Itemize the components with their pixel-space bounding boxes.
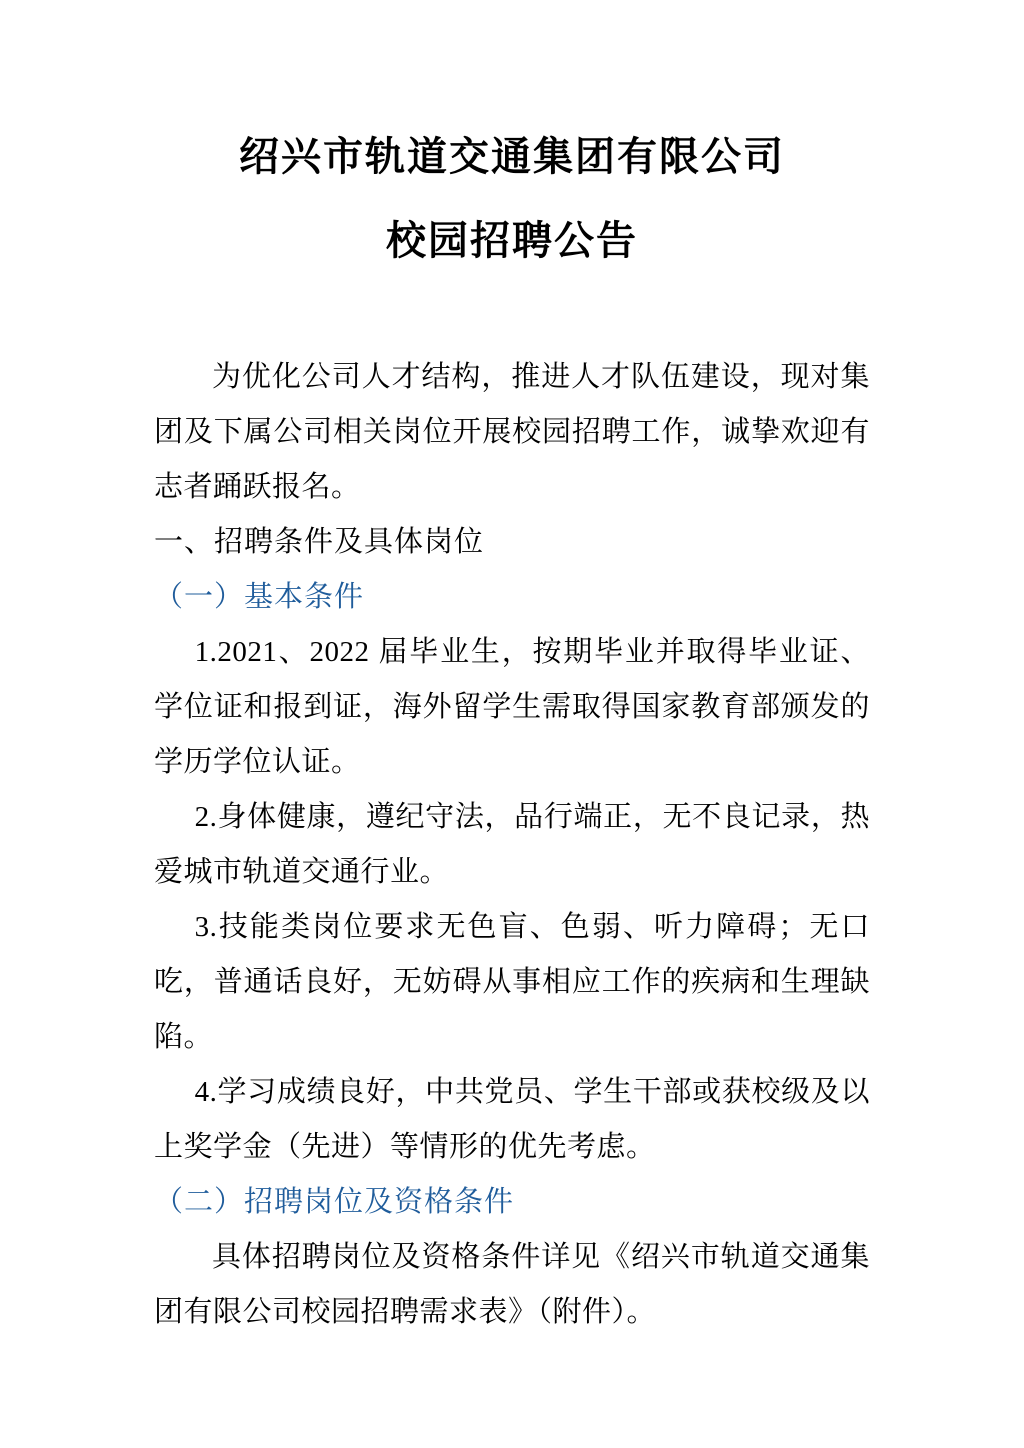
document-page: 绍兴市轨道交通集团有限公司 校园招聘公告 为优化公司人才结构，推进人才队伍建设，… — [0, 0, 1024, 1448]
subsection-1-heading: （一）基本条件 — [154, 570, 870, 625]
basic-condition-item-3: 3.技能类岗位要求无色盲、色弱、听力障碍；无口吃，普通话良好，无妨碍从事相应工作… — [154, 900, 870, 1065]
position-requirements-paragraph: 具体招聘岗位及资格条件详见《绍兴市轨道交通集团有限公司校园招聘需求表》（附件）。 — [154, 1230, 870, 1340]
basic-condition-item-4: 4.学习成绩良好，中共党员、学生干部或获校级及以上奖学金（先进）等情形的优先考虑… — [154, 1065, 870, 1175]
document-title-line-2: 校园招聘公告 — [154, 212, 870, 270]
document-body: 为优化公司人才结构，推进人才队伍建设，现对集团及下属公司相关岗位开展校园招聘工作… — [154, 350, 870, 1340]
section-1-heading: 一、招聘条件及具体岗位 — [154, 515, 870, 570]
subsection-2-heading: （二）招聘岗位及资格条件 — [154, 1175, 870, 1230]
basic-condition-item-2: 2.身体健康，遵纪守法，品行端正，无不良记录，热爱城市轨道交通行业。 — [154, 790, 870, 900]
document-title-line-1: 绍兴市轨道交通集团有限公司 — [154, 128, 870, 186]
intro-paragraph: 为优化公司人才结构，推进人才队伍建设，现对集团及下属公司相关岗位开展校园招聘工作… — [154, 350, 870, 515]
basic-condition-item-1: 1.2021、2022 届毕业生，按期毕业并取得毕业证、学位证和报到证，海外留学… — [154, 625, 870, 790]
